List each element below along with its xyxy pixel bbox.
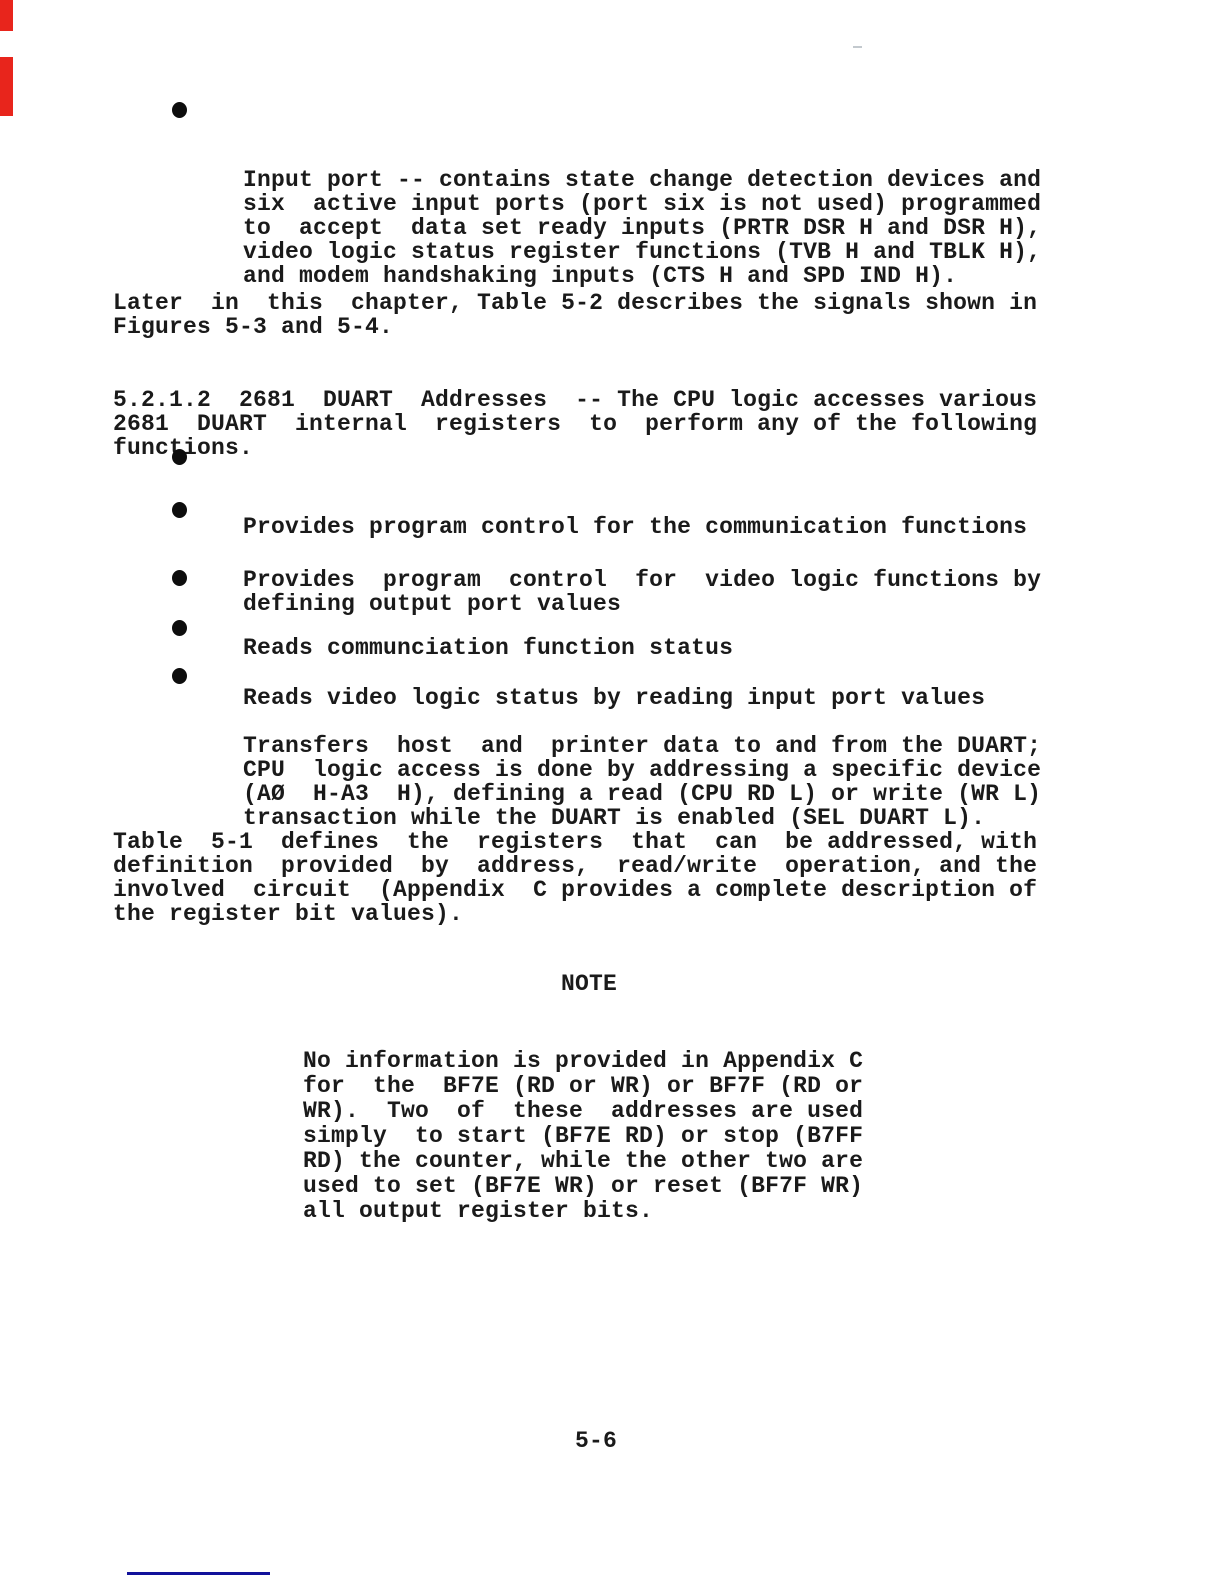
text-line: for the BF7E (RD or WR) or BF7F (RD or bbox=[303, 1074, 875, 1099]
text-line: simply to start (BF7E RD) or stop (B7FF bbox=[303, 1124, 875, 1149]
text-line: Transfers host and printer data to and f… bbox=[243, 734, 1041, 758]
text-line: definition provided by address, read/wri… bbox=[113, 854, 1037, 878]
text-line: Figures 5-3 and 5-4. bbox=[113, 315, 1037, 339]
text-line: all output register bits. bbox=[303, 1199, 875, 1224]
note-block: NOTE No information is provided in Appen… bbox=[303, 922, 875, 1274]
note-text: No information is provided in Appendix C… bbox=[303, 1049, 875, 1224]
scan-mark-red-top bbox=[0, 0, 13, 31]
text-line: 2681 DUART internal registers to perform… bbox=[113, 412, 1037, 436]
text-line: Later in this chapter, Table 5-2 describ… bbox=[113, 291, 1037, 315]
bullet-icon bbox=[172, 570, 187, 586]
text-line: No information is provided in Appendix C bbox=[303, 1049, 875, 1074]
scan-artifact-dash bbox=[853, 46, 862, 48]
note-title: NOTE bbox=[303, 972, 875, 997]
text-line: to accept data set ready inputs (PRTR DS… bbox=[243, 216, 1041, 240]
text-line: CPU logic access is done by addressing a… bbox=[243, 758, 1041, 782]
bullet-icon bbox=[172, 502, 187, 518]
page-number: 5-6 bbox=[575, 1429, 617, 1453]
text-line: 5.2.1.2 2681 DUART Addresses -- The CPU … bbox=[113, 388, 1037, 412]
text-line: Table 5-1 defines the registers that can… bbox=[113, 830, 1037, 854]
text-line: RD) the counter, while the other two are bbox=[303, 1149, 875, 1174]
text-line: used to set (BF7E WR) or reset (BF7F WR) bbox=[303, 1174, 875, 1199]
paragraph-text: Table 5-1 defines the registers that can… bbox=[113, 830, 1037, 926]
text-line: WR). Two of these addresses are used bbox=[303, 1099, 875, 1124]
document-page: Input port -- contains state change dete… bbox=[0, 0, 1224, 1584]
bullet-icon bbox=[172, 620, 187, 636]
footer-underline bbox=[127, 1572, 270, 1575]
text-line: six active input ports (port six is not … bbox=[243, 192, 1041, 216]
paragraph-text: Later in this chapter, Table 5-2 describ… bbox=[113, 291, 1037, 339]
bullet-icon bbox=[172, 668, 187, 684]
text-line: involved circuit (Appendix C provides a … bbox=[113, 878, 1037, 902]
bullet-icon bbox=[172, 449, 187, 465]
text-line: Input port -- contains state change dete… bbox=[243, 168, 1041, 192]
scan-mark-red-bottom bbox=[0, 57, 13, 116]
bullet-icon bbox=[172, 102, 187, 118]
